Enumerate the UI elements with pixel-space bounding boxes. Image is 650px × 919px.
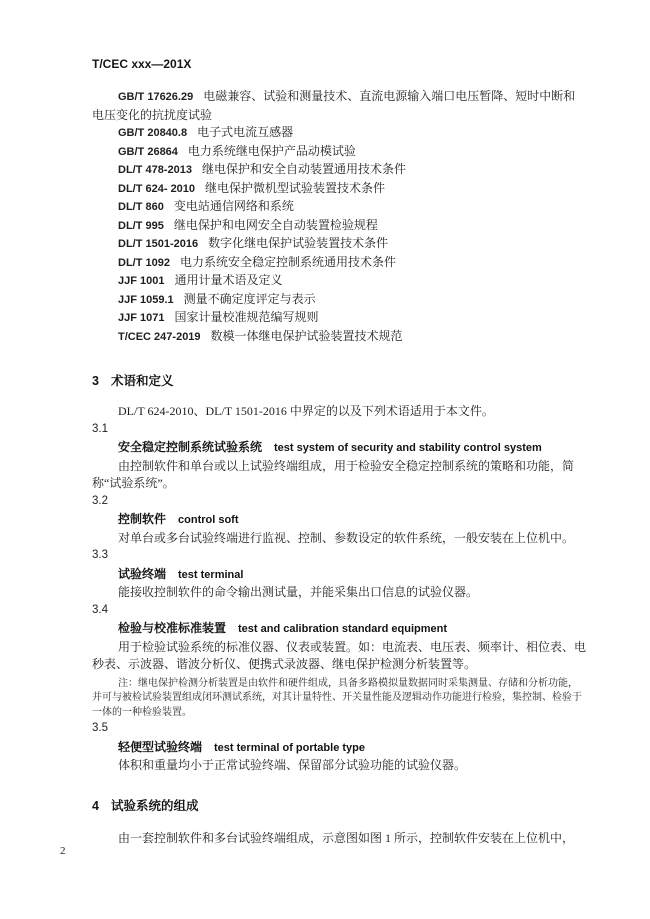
reference-title: 测量不确定度评定与表示 xyxy=(184,292,316,306)
reference-number: DL/T 995 xyxy=(118,220,164,232)
reference-item: JJF 1001通用计量术语及定义 xyxy=(92,272,586,291)
term-name-zh: 试验终端 xyxy=(118,567,166,581)
reference-item: DL/T 1092电力系统安全稳定控制系统通用技术条件 xyxy=(92,254,586,273)
reference-number: JJF 1071 xyxy=(118,312,164,324)
term-definition: 对单台或多台试验终端进行监视、控制、参数设定的软件系统，一般安装在上位机中。 xyxy=(92,530,586,548)
references-list: GB/T 17626.29电磁兼容、试验和测量技术、直流电源输入端口电压暂降、短… xyxy=(92,88,586,346)
term-definition: 能接收控制软件的命令输出测试量，并能采集出口信息的试验仪器。 xyxy=(92,584,586,602)
term-block-3-5: 3.5 轻便型试验终端test terminal of portable typ… xyxy=(92,720,586,775)
term-id: 3.1 xyxy=(92,421,586,439)
page-number: 2 xyxy=(60,845,66,857)
reference-number: GB/T 17626.29 xyxy=(118,91,193,103)
term-name-en: test system of security and stability co… xyxy=(274,442,542,454)
reference-title: 继电保护和安全自动装置通用技术条件 xyxy=(202,162,406,176)
term-name-en: test and calibration standard equipment xyxy=(238,623,447,635)
term-block-3-1: 3.1 安全稳定控制系统试验系统test system of security … xyxy=(92,421,586,493)
reference-item: T/CEC 247-2019数模一体继电保护试验装置技术规范 xyxy=(92,328,586,347)
section-3-heading: 3术语和定义 xyxy=(92,372,586,390)
term-name-en: test terminal xyxy=(178,569,243,581)
reference-number: DL/T 1501-2016 xyxy=(118,238,198,250)
reference-title: 变电站通信网络和系统 xyxy=(174,199,294,213)
term-id: 3.3 xyxy=(92,547,586,565)
reference-number: DL/T 624- 2010 xyxy=(118,183,195,195)
reference-number: T/CEC 247-2019 xyxy=(118,331,201,343)
term-name-zh: 安全稳定控制系统试验系统 xyxy=(118,440,262,454)
term-block-3-3: 3.3 试验终端test terminal 能接收控制软件的命令输出测试量，并能… xyxy=(92,547,586,602)
term-name: 控制软件control soft xyxy=(92,510,586,530)
page-content: T/CEC xxx—201X GB/T 17626.29电磁兼容、试验和测量技术… xyxy=(0,0,650,847)
reference-number: DL/T 860 xyxy=(118,201,164,213)
reference-title: 电力系统继电保护产品动模试验 xyxy=(188,144,356,158)
term-id: 3.2 xyxy=(92,493,586,511)
reference-number: JJF 1001 xyxy=(118,275,164,287)
reference-number: GB/T 26864 xyxy=(118,146,178,158)
document-page: T/CEC xxx—201X GB/T 17626.29电磁兼容、试验和测量技术… xyxy=(0,0,650,919)
reference-title: 继电保护微机型试验装置技术条件 xyxy=(205,181,385,195)
term-id: 3.4 xyxy=(92,602,586,620)
reference-title: 数字化继电保护试验装置技术条件 xyxy=(208,236,388,250)
term-definition: 体积和重量均小于正常试验终端、保留部分试验功能的试验仪器。 xyxy=(92,757,586,775)
reference-title: 电力系统安全稳定控制系统通用技术条件 xyxy=(180,255,396,269)
section-3-title: 术语和定义 xyxy=(111,374,174,388)
term-name: 检验与校准标准装置test and calibration standard e… xyxy=(92,619,586,639)
reference-number: DL/T 1092 xyxy=(118,257,170,269)
reference-item: DL/T 1501-2016数字化继电保护试验装置技术条件 xyxy=(92,235,586,254)
term-name-en: test terminal of portable type xyxy=(214,742,365,754)
terms-list: 3.1 安全稳定控制系统试验系统test system of security … xyxy=(92,421,586,775)
term-name: 轻便型试验终端test terminal of portable type xyxy=(92,738,586,758)
reference-item: DL/T 624- 2010继电保护微机型试验装置技术条件 xyxy=(92,180,586,199)
term-block-3-2: 3.2 控制软件control soft 对单台或多台试验终端进行监视、控制、参… xyxy=(92,493,586,548)
reference-title: 数模一体继电保护试验装置技术规范 xyxy=(211,329,403,343)
reference-title: 国家计量校准规范编写规则 xyxy=(174,310,318,324)
reference-item: GB/T 26864电力系统继电保护产品动模试验 xyxy=(92,143,586,162)
term-name: 安全稳定控制系统试验系统test system of security and … xyxy=(92,438,586,458)
section-3-number: 3 xyxy=(92,374,99,388)
reference-title: 继电保护和电网安全自动装置检验规程 xyxy=(174,218,378,232)
section-4-paragraph: 由一套控制软件和多台试验终端组成，示意图如图 1 所示，控制软件安装在上位机中， xyxy=(92,830,586,848)
reference-item: GB/T 20840.8电子式电流互感器 xyxy=(92,124,586,143)
term-name: 试验终端test terminal xyxy=(92,565,586,585)
document-header: T/CEC xxx—201X xyxy=(92,56,586,72)
reference-number: DL/T 478-2013 xyxy=(118,164,192,176)
term-name-zh: 控制软件 xyxy=(118,512,166,526)
section-4-title: 试验系统的组成 xyxy=(111,799,199,813)
reference-item: JJF 1071国家计量校准规范编写规则 xyxy=(92,309,586,328)
reference-number: JJF 1059.1 xyxy=(118,294,174,306)
reference-item: GB/T 17626.29电磁兼容、试验和测量技术、直流电源输入端口电压暂降、短… xyxy=(92,88,586,124)
term-name-en: control soft xyxy=(178,514,239,526)
reference-item: JJF 1059.1测量不确定度评定与表示 xyxy=(92,291,586,310)
term-name-zh: 检验与校准标准装置 xyxy=(118,621,226,635)
term-note: 注：继电保护检测分析装置是由软件和硬件组成，具备多路模拟量数据同时采集测量、存储… xyxy=(92,677,586,721)
term-definition: 用于检验试验系统的标准仪器、仪表或装置。如：电流表、电压表、频率计、相位表、电秒… xyxy=(92,639,586,674)
reference-item: DL/T 995继电保护和电网安全自动装置检验规程 xyxy=(92,217,586,236)
reference-item: DL/T 478-2013继电保护和安全自动装置通用技术条件 xyxy=(92,161,586,180)
reference-number: GB/T 20840.8 xyxy=(118,127,187,139)
term-name-zh: 轻便型试验终端 xyxy=(118,740,202,754)
reference-title: 通用计量术语及定义 xyxy=(174,273,282,287)
term-id: 3.5 xyxy=(92,720,586,738)
term-definition: 由控制软件和单台或以上试验终端组成，用于检验安全稳定控制系统的策略和功能，简称“… xyxy=(92,458,586,493)
reference-title: 电子式电流互感器 xyxy=(197,125,293,139)
reference-item: DL/T 860变电站通信网络和系统 xyxy=(92,198,586,217)
section-4-number: 4 xyxy=(92,799,99,813)
term-block-3-4: 3.4 检验与校准标准装置test and calibration standa… xyxy=(92,602,586,721)
section-4-heading: 4试验系统的组成 xyxy=(92,797,586,815)
section-3-intro: DL/T 624-2010、DL/T 1501-2016 中界定的以及下列术语适… xyxy=(92,403,586,421)
